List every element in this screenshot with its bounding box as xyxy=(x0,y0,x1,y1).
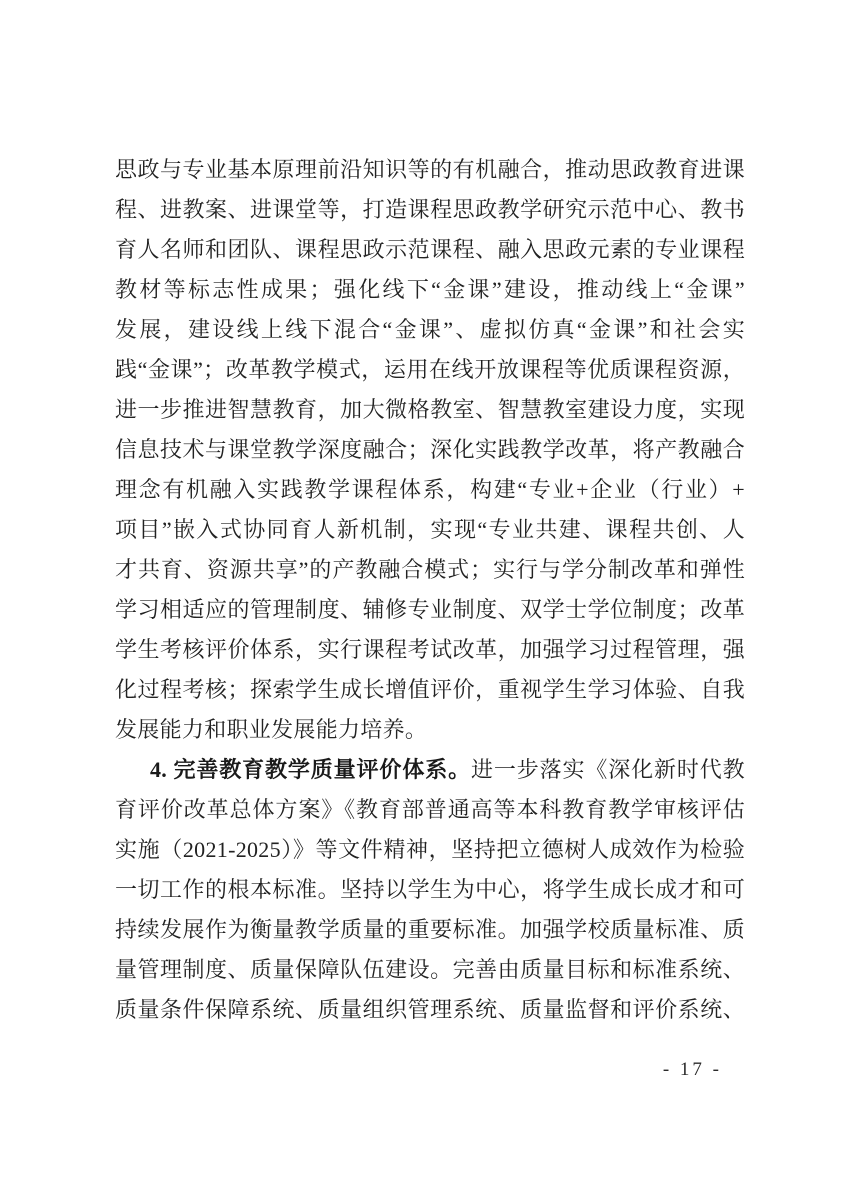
text-line: 量管理制度、质量保障队伍建设。完善由质量目标和标准系统、 xyxy=(115,950,745,990)
text-line: 学生考核评价体系，实行课程考试改革，加强学习过程管理，强 xyxy=(115,630,745,670)
text-content-area: 思政与专业基本原理前沿知识等的有机融合，推动思政教育进课 程、进教案、进课堂等，… xyxy=(115,150,745,1030)
paragraph-continuation: 思政与专业基本原理前沿知识等的有机融合，推动思政教育进课 程、进教案、进课堂等，… xyxy=(115,150,745,750)
paragraph-section-4: 4. 完善教育教学质量评价体系。进一步落实《深化新时代教 育评价改革总体方案》《… xyxy=(115,750,745,1030)
text-line: 信息技术与课堂教学深度融合；深化实践教学改革，将产教融合 xyxy=(115,430,745,470)
text-line: 思政与专业基本原理前沿知识等的有机融合，推动思政教育进课 xyxy=(115,150,745,190)
section-4-lead-text: 进一步落实《深化新时代教 xyxy=(471,757,745,782)
text-line: 才共育、资源共享”的产教融合模式；实行与学分制改革和弹性 xyxy=(115,550,745,590)
text-line: 4. 完善教育教学质量评价体系。进一步落实《深化新时代教 xyxy=(115,750,745,790)
text-line: 践“金课”；改革教学模式，运用在线开放课程等优质课程资源， xyxy=(115,350,745,390)
text-line: 学习相适应的管理制度、辅修专业制度、双学士学位制度；改革 xyxy=(115,590,745,630)
text-line: 一切工作的根本标准。坚持以学生为中心，将学生成长成才和可 xyxy=(115,870,745,910)
text-line: 项目”嵌入式协同育人新机制，实现“专业共建、课程共创、人 xyxy=(115,510,745,550)
text-line: 育评价改革总体方案》《教育部普通高等本科教育教学审核评估 xyxy=(115,790,745,830)
text-line: 发展能力和职业发展能力培养。 xyxy=(115,710,745,750)
section-4-heading: 4. 完善教育教学质量评价体系。 xyxy=(150,757,471,782)
text-line: 教材等标志性成果；强化线下“金课”建设，推动线上“金课” xyxy=(115,270,745,310)
document-page: 思政与专业基本原理前沿知识等的有机融合，推动思政教育进课 程、进教案、进课堂等，… xyxy=(0,0,849,1200)
text-line: 发展，建设线上线下混合“金课”、虚拟仿真“金课”和社会实 xyxy=(115,310,745,350)
text-line: 育人名师和团队、课程思政示范课程、融入思政元素的专业课程 xyxy=(115,230,745,270)
text-line: 实施（2021-2025）》等文件精神，坚持把立德树人成效作为检验 xyxy=(115,830,745,870)
text-line: 持续发展作为衡量教学质量的重要标准。加强学校质量标准、质 xyxy=(115,910,745,950)
text-line: 质量条件保障系统、质量组织管理系统、质量监督和评价系统、 xyxy=(115,990,745,1030)
text-line: 进一步推进智慧教育，加大微格教室、智慧教室建设力度，实现 xyxy=(115,390,745,430)
text-line: 程、进教案、进课堂等，打造课程思政教学研究示范中心、教书 xyxy=(115,190,745,230)
text-line: 理念有机融入实践教学课程体系，构建“专业+企业（行业）+ xyxy=(115,470,745,510)
text-line: 化过程考核；探索学生成长增值评价，重视学生学习体验、自我 xyxy=(115,670,745,710)
page-number: - 17 - xyxy=(663,1058,722,1082)
